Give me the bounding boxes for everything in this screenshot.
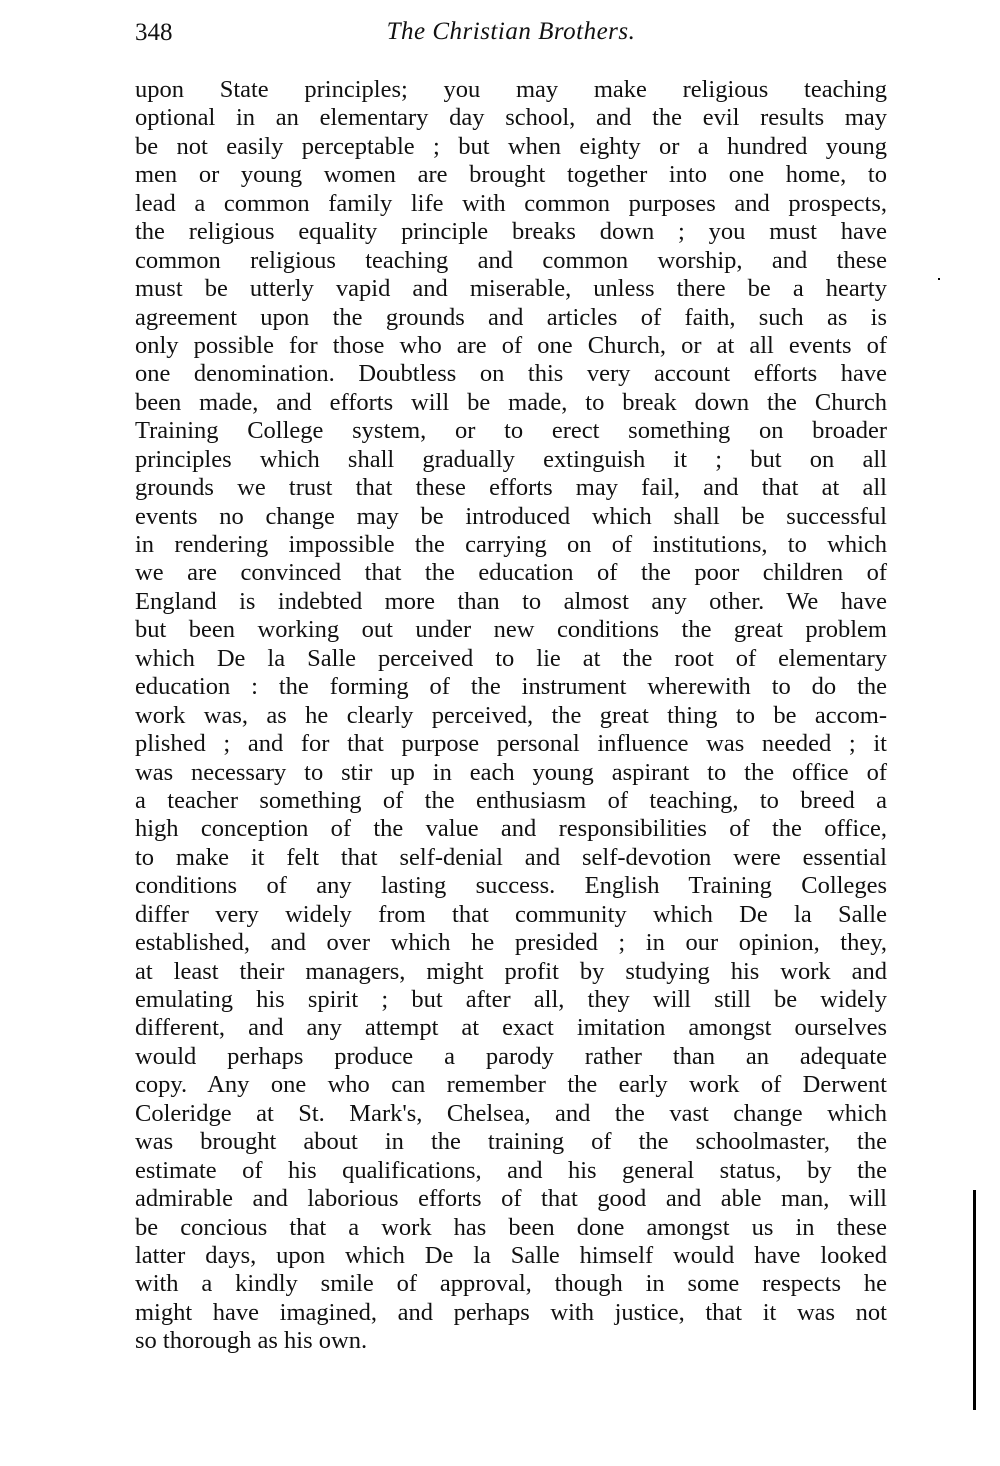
text-line: was necessary to stir up in each young a… [135, 759, 887, 787]
text-line: men or young women are brought together … [135, 161, 887, 189]
text-line: admirable and laborious efforts of that … [135, 1185, 887, 1213]
scan-speck [938, 278, 940, 280]
text-line: copy. Any one who can remember the early… [135, 1071, 887, 1099]
running-title: The Christian Brothers. [0, 17, 1000, 47]
text-line: would perhaps produce a parody rather th… [135, 1043, 887, 1071]
text-line: be not easily perceptable ; but when eig… [135, 133, 887, 161]
text-line: at least their managers, might profit by… [135, 958, 887, 986]
text-line: with a kindly smile of approval, though … [135, 1270, 887, 1298]
text-line: but been working out under new condition… [135, 616, 887, 644]
text-line: must be utterly vapid and miserable, unl… [135, 275, 887, 303]
text-line: latter days, upon which De la Salle hims… [135, 1242, 887, 1270]
text-line: grounds we trust that these efforts may … [135, 474, 887, 502]
text-line: was brought about in the training of the… [135, 1128, 887, 1156]
text-line: a teacher something of the enthusiasm of… [135, 787, 887, 815]
text-line: agreement upon the grounds and articles … [135, 304, 887, 332]
text-line: one denomination. Doubtless on this very… [135, 360, 887, 388]
text-line: common religious teaching and common wor… [135, 247, 887, 275]
text-line: England is indebted more than to almost … [135, 588, 887, 616]
text-line: established, and over which he presided … [135, 929, 887, 957]
text-line: Training College system, or to erect som… [135, 417, 887, 445]
text-line: plished ; and for that purpose personal … [135, 730, 887, 758]
text-line: events no change may be introduced which… [135, 503, 887, 531]
text-line: Coleridge at St. Mark's, Chelsea, and th… [135, 1100, 887, 1128]
text-line: so thorough as his own. [135, 1327, 887, 1355]
text-line: be concious that a work has been done am… [135, 1214, 887, 1242]
text-line: emulating his spirit ; but after all, th… [135, 986, 887, 1014]
text-line: to make it felt that self-denial and sel… [135, 844, 887, 872]
text-line: might have imagined, and perhaps with ju… [135, 1299, 887, 1327]
text-line: differ very widely from that community w… [135, 901, 887, 929]
body-paragraph: upon State principles; you may make reli… [135, 76, 887, 1356]
text-line: different, and any attempt at exact imit… [135, 1014, 887, 1042]
text-line: been made, and efforts will be made, to … [135, 389, 887, 417]
text-line: estimate of his qualifications, and his … [135, 1157, 887, 1185]
text-line: only possible for those who are of one C… [135, 332, 887, 360]
text-line: in rendering impossible the carrying on … [135, 531, 887, 559]
text-line: the religious equality principle breaks … [135, 218, 887, 246]
text-line: we are convinced that the education of t… [135, 559, 887, 587]
text-line: which De la Salle perceived to lie at th… [135, 645, 887, 673]
text-line: conditions of any lasting success. Engli… [135, 872, 887, 900]
text-line: lead a common family life with common pu… [135, 190, 887, 218]
text-line: high conception of the value and respons… [135, 815, 887, 843]
scan-margin-line [973, 1190, 976, 1410]
text-line: work was, as he clearly perceived, the g… [135, 702, 887, 730]
text-line: education : the forming of the instrumen… [135, 673, 887, 701]
text-line: upon State principles; you may make reli… [135, 76, 887, 104]
text-line: principles which shall gradually extingu… [135, 446, 887, 474]
text-line: optional in an elementary day school, an… [135, 104, 887, 132]
